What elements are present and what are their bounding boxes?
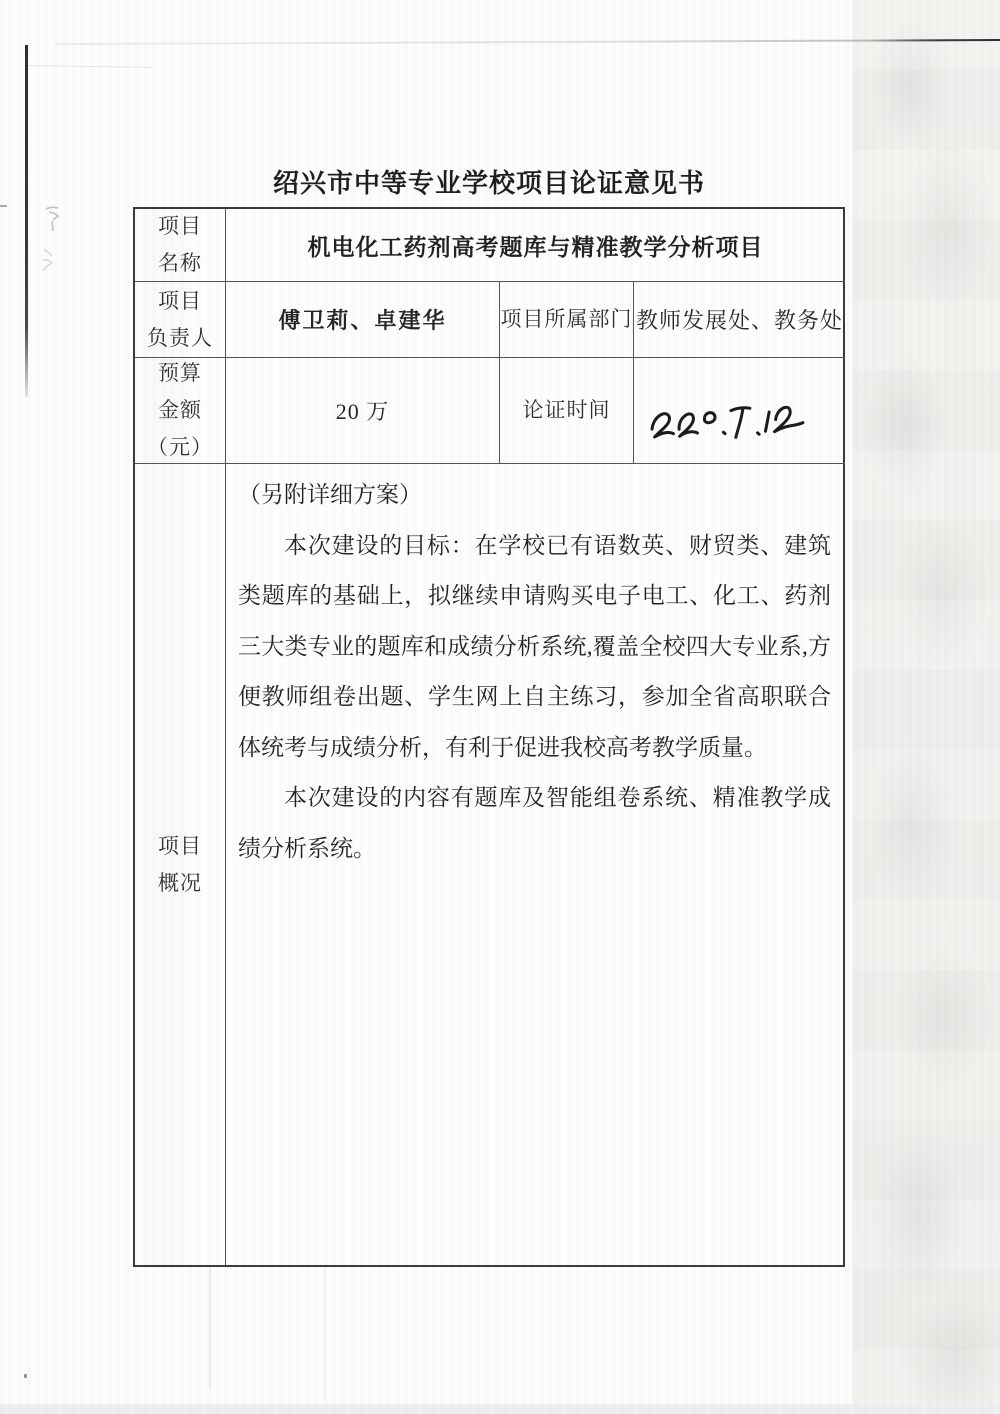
budget-label: 预算 金额 （元） (135, 358, 226, 464)
project-form-table: 项目 名称 机电化工药剂高考题库与精准教学分析项目 项目 负责人 傅卫莉、卓建华… (133, 207, 845, 1267)
overview-paragraph-1: 本次建设的目标：在学校已有语数英、财贸类、建筑类题库的基础上，拟继续申请购买电子… (238, 521, 831, 774)
pencil-scribble-mark (42, 203, 64, 243)
scan-artifact-bottom-strip (0, 1404, 1000, 1414)
department-label: 项目所属部门 (500, 282, 634, 358)
department-value: 教师发展处、教务处 (634, 282, 845, 358)
scanned-document-page: 绍兴市中等专业学校项目论证意见书 项目 名称 机电化工药剂高考题库与精准教学分析… (0, 0, 1000, 1414)
pencil-scribble-mark-2 (38, 246, 58, 280)
scan-edge-shadow (852, 0, 1000, 1414)
scan-artifact-left-tick (0, 205, 7, 207)
overview-note: （另附详细方案） (238, 470, 831, 521)
scan-artifact-left-line (25, 45, 28, 397)
scan-artifact-streak-b (324, 1268, 325, 1400)
project-leader-value: 傅卫莉、卓建华 (226, 282, 500, 358)
project-leader-label: 项目 负责人 (135, 282, 226, 358)
scan-artifact-dot (24, 1374, 27, 1378)
overview-paragraph-2: 本次建设的内容有题库及智能组卷系统、精准教学成绩分析系统。 (238, 773, 831, 874)
budget-value: 20 万 (226, 358, 500, 464)
scan-artifact-streak-a (209, 1268, 211, 1390)
demonstration-time-cell (634, 358, 845, 464)
project-name-value: 机电化工药剂高考题库与精准教学分析项目 (226, 209, 845, 282)
project-overview-label: 项目 概况 (135, 464, 226, 1265)
handwritten-date (641, 376, 811, 447)
demonstration-time-label: 论证时间 (500, 358, 634, 464)
scan-artifact-faint-hline (28, 65, 153, 68)
project-overview-content: （另附详细方案） 本次建设的目标：在学校已有语数英、财贸类、建筑类题库的基础上，… (226, 464, 845, 1265)
page-title: 绍兴市中等专业学校项目论证意见书 (133, 163, 845, 200)
project-name-label: 项目 名称 (135, 209, 226, 282)
